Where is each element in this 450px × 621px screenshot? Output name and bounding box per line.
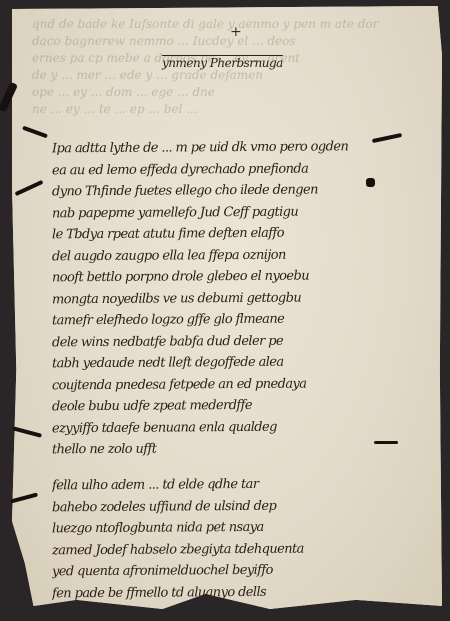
- text-line: fella ulho adem ... td elde qdhe tar: [52, 476, 432, 500]
- text-line: nooft bettlo porpno drole glebeo el nyoe…: [52, 268, 432, 292]
- text-line: dele wins nedbatfe babfa dud deler pe: [52, 332, 432, 356]
- text-line: yed quenta afronimelduochel beyiffo: [52, 562, 432, 586]
- page-title: ynmeny Pherbsrnuga: [162, 56, 283, 70]
- text-line: del augdo zaugpo ella lea ffepa oznijon: [52, 246, 432, 270]
- text-line: luezgo ntoflogbunta nida pet nsaya: [52, 519, 432, 543]
- cross-mark: +: [230, 24, 242, 40]
- manuscript-body: Ipa adtta lythe de ... m pe uid dk vmo p…: [52, 140, 432, 606]
- text-line: tabh yedaude nedt lleft degoffede alea: [52, 354, 432, 378]
- text-line: zamed Jodef habselo zbegiyta tdehquenta: [52, 540, 432, 564]
- text-line: ea au ed lemo effeda dyrechado pnefionda: [52, 160, 432, 184]
- text-line: deole bubu udfe zpeat mederdffe: [52, 397, 432, 421]
- text-line: bahebo zodeles uffiund de ulsind dep: [52, 497, 432, 521]
- text-line: Ipa adtta lythe de ... m pe uid dk vmo p…: [52, 139, 432, 163]
- ghost-line: ne ... ey ... te ... ep ... bel ...: [32, 101, 432, 118]
- ghost-line: ope ... ey ... dom ... ege ... dne: [32, 84, 432, 101]
- text-line: dyno Thfinde fuetes ellego cho ilede den…: [52, 182, 432, 206]
- text-line: mongta noyedilbs ve us debumi gettogbu: [52, 289, 432, 313]
- text-line: thello ne zolo ufft: [52, 440, 432, 479]
- text-line: nab papepme yamellefo Jud Ceff pagtigu: [52, 203, 432, 227]
- text-line: coujtenda pnedesa fetpede an ed pnedaya: [52, 375, 432, 399]
- text-line: fen pade be ffmello td aluanyo dells: [52, 583, 432, 607]
- text-line: ezyyiffo tdaefe benuana enla qualdeg: [52, 418, 432, 442]
- text-line: tamefr elefhedo logzo gffe glo flmeane: [52, 311, 432, 335]
- text-line: le Tbdya rpeat atutu fime deften elaffo: [52, 225, 432, 249]
